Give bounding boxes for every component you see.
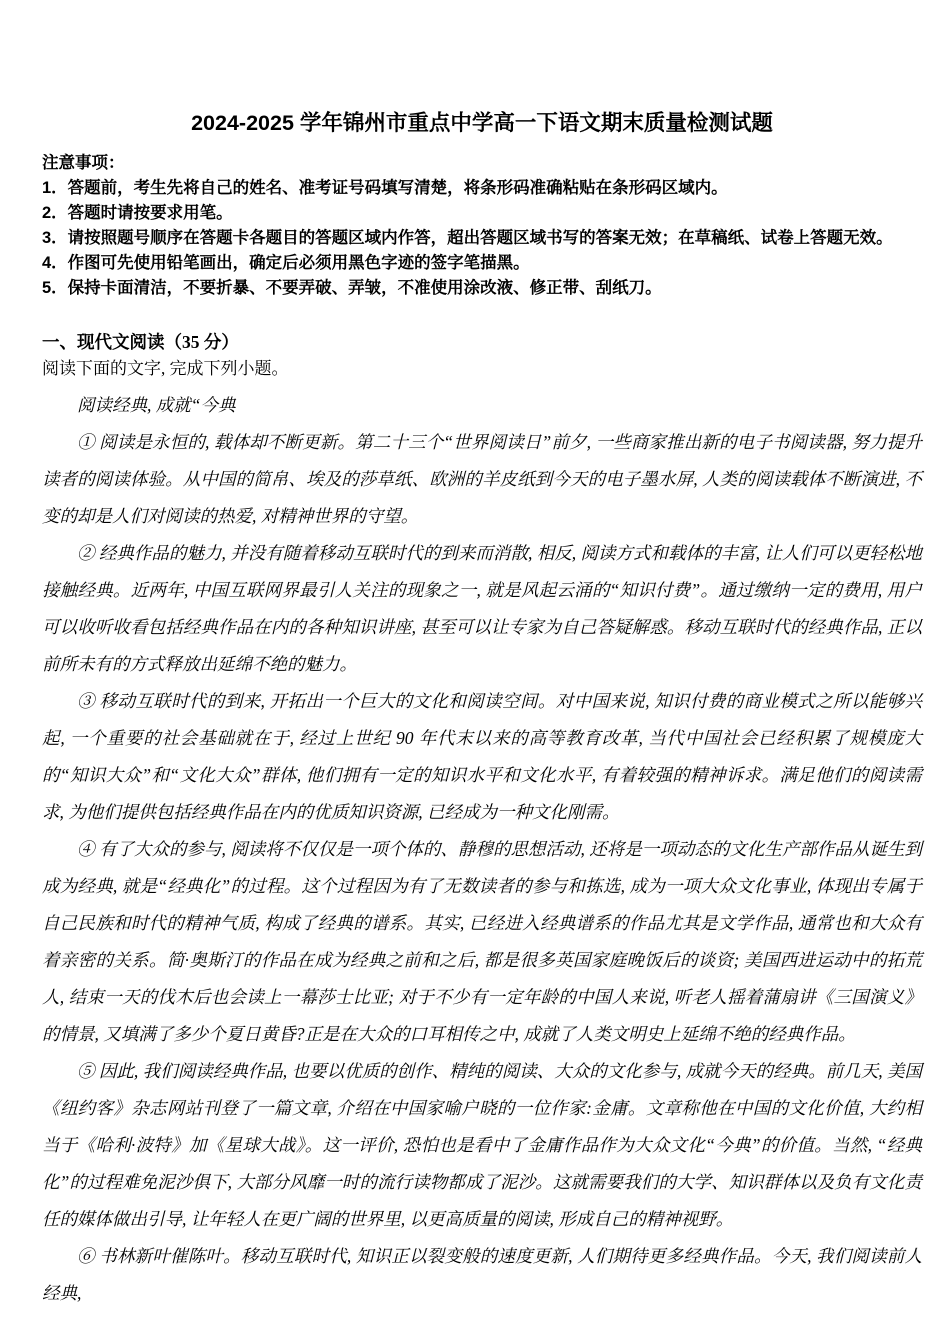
passage-paragraph: ③ 移动互联时代的到来, 开拓出一个巨大的文化和阅读空间。对中国来说, 知识付费… — [42, 683, 922, 831]
notice-section: 注意事项： 1．答题前，考生先将自己的姓名、准考证号码填写清楚，将条形码准确粘贴… — [42, 151, 922, 301]
section-heading-modern-reading: 一、现代文阅读（35 分） — [42, 329, 922, 356]
notice-item: 3．请按照题号顺序在答题卡各题目的答题区域内作答，超出答题区域书写的答案无效；在… — [42, 226, 922, 251]
notice-item: 1．答题前，考生先将自己的姓名、准考证号码填写清楚，将条形码准确粘贴在条形码区域… — [42, 176, 922, 201]
passage-title: 阅读经典, 成就“今典 — [42, 387, 922, 424]
exam-paper-page: 2024-2025 学年锦州市重点中学高一下语文期末质量检测试题 注意事项： 1… — [0, 0, 950, 1344]
notice-item: 2．答题时请按要求用笔。 — [42, 201, 922, 226]
passage-paragraph: ⑤ 因此, 我们阅读经典作品, 也要以优质的创作、精纯的阅读、大众的文化参与, … — [42, 1053, 922, 1238]
page-title: 2024-2025 学年锦州市重点中学高一下语文期末质量检测试题 — [42, 108, 922, 138]
passage-paragraph: ① 阅读是永恒的, 载体却不断更新。第二十三个“世界阅读日”前夕, 一些商家推出… — [42, 424, 922, 535]
notice-item: 5．保持卡面清洁，不要折暴、不要弄破、弄皱，不准使用涂改液、修正带、刮纸刀。 — [42, 276, 922, 301]
passage-paragraph: ⑥ 书林新叶催陈叶。移动互联时代, 知识正以裂变般的速度更新, 人们期待更多经典… — [42, 1238, 922, 1312]
notice-heading: 注意事项： — [42, 151, 922, 176]
passage-paragraph: ② 经典作品的魅力, 并没有随着移动互联时代的到来而消散, 相反, 阅读方式和载… — [42, 535, 922, 683]
notice-item: 4．作图可先使用铅笔画出，确定后必须用黑色字迹的签字笔描黑。 — [42, 251, 922, 276]
reading-passage: 阅读经典, 成就“今典 ① 阅读是永恒的, 载体却不断更新。第二十三个“世界阅读… — [42, 387, 922, 1312]
passage-intro: 阅读下面的文字, 完成下列小题。 — [42, 356, 922, 382]
passage-paragraph: ④ 有了大众的参与, 阅读将不仅仅是一项个体的、静穆的思想活动, 还将是一项动态… — [42, 831, 922, 1053]
